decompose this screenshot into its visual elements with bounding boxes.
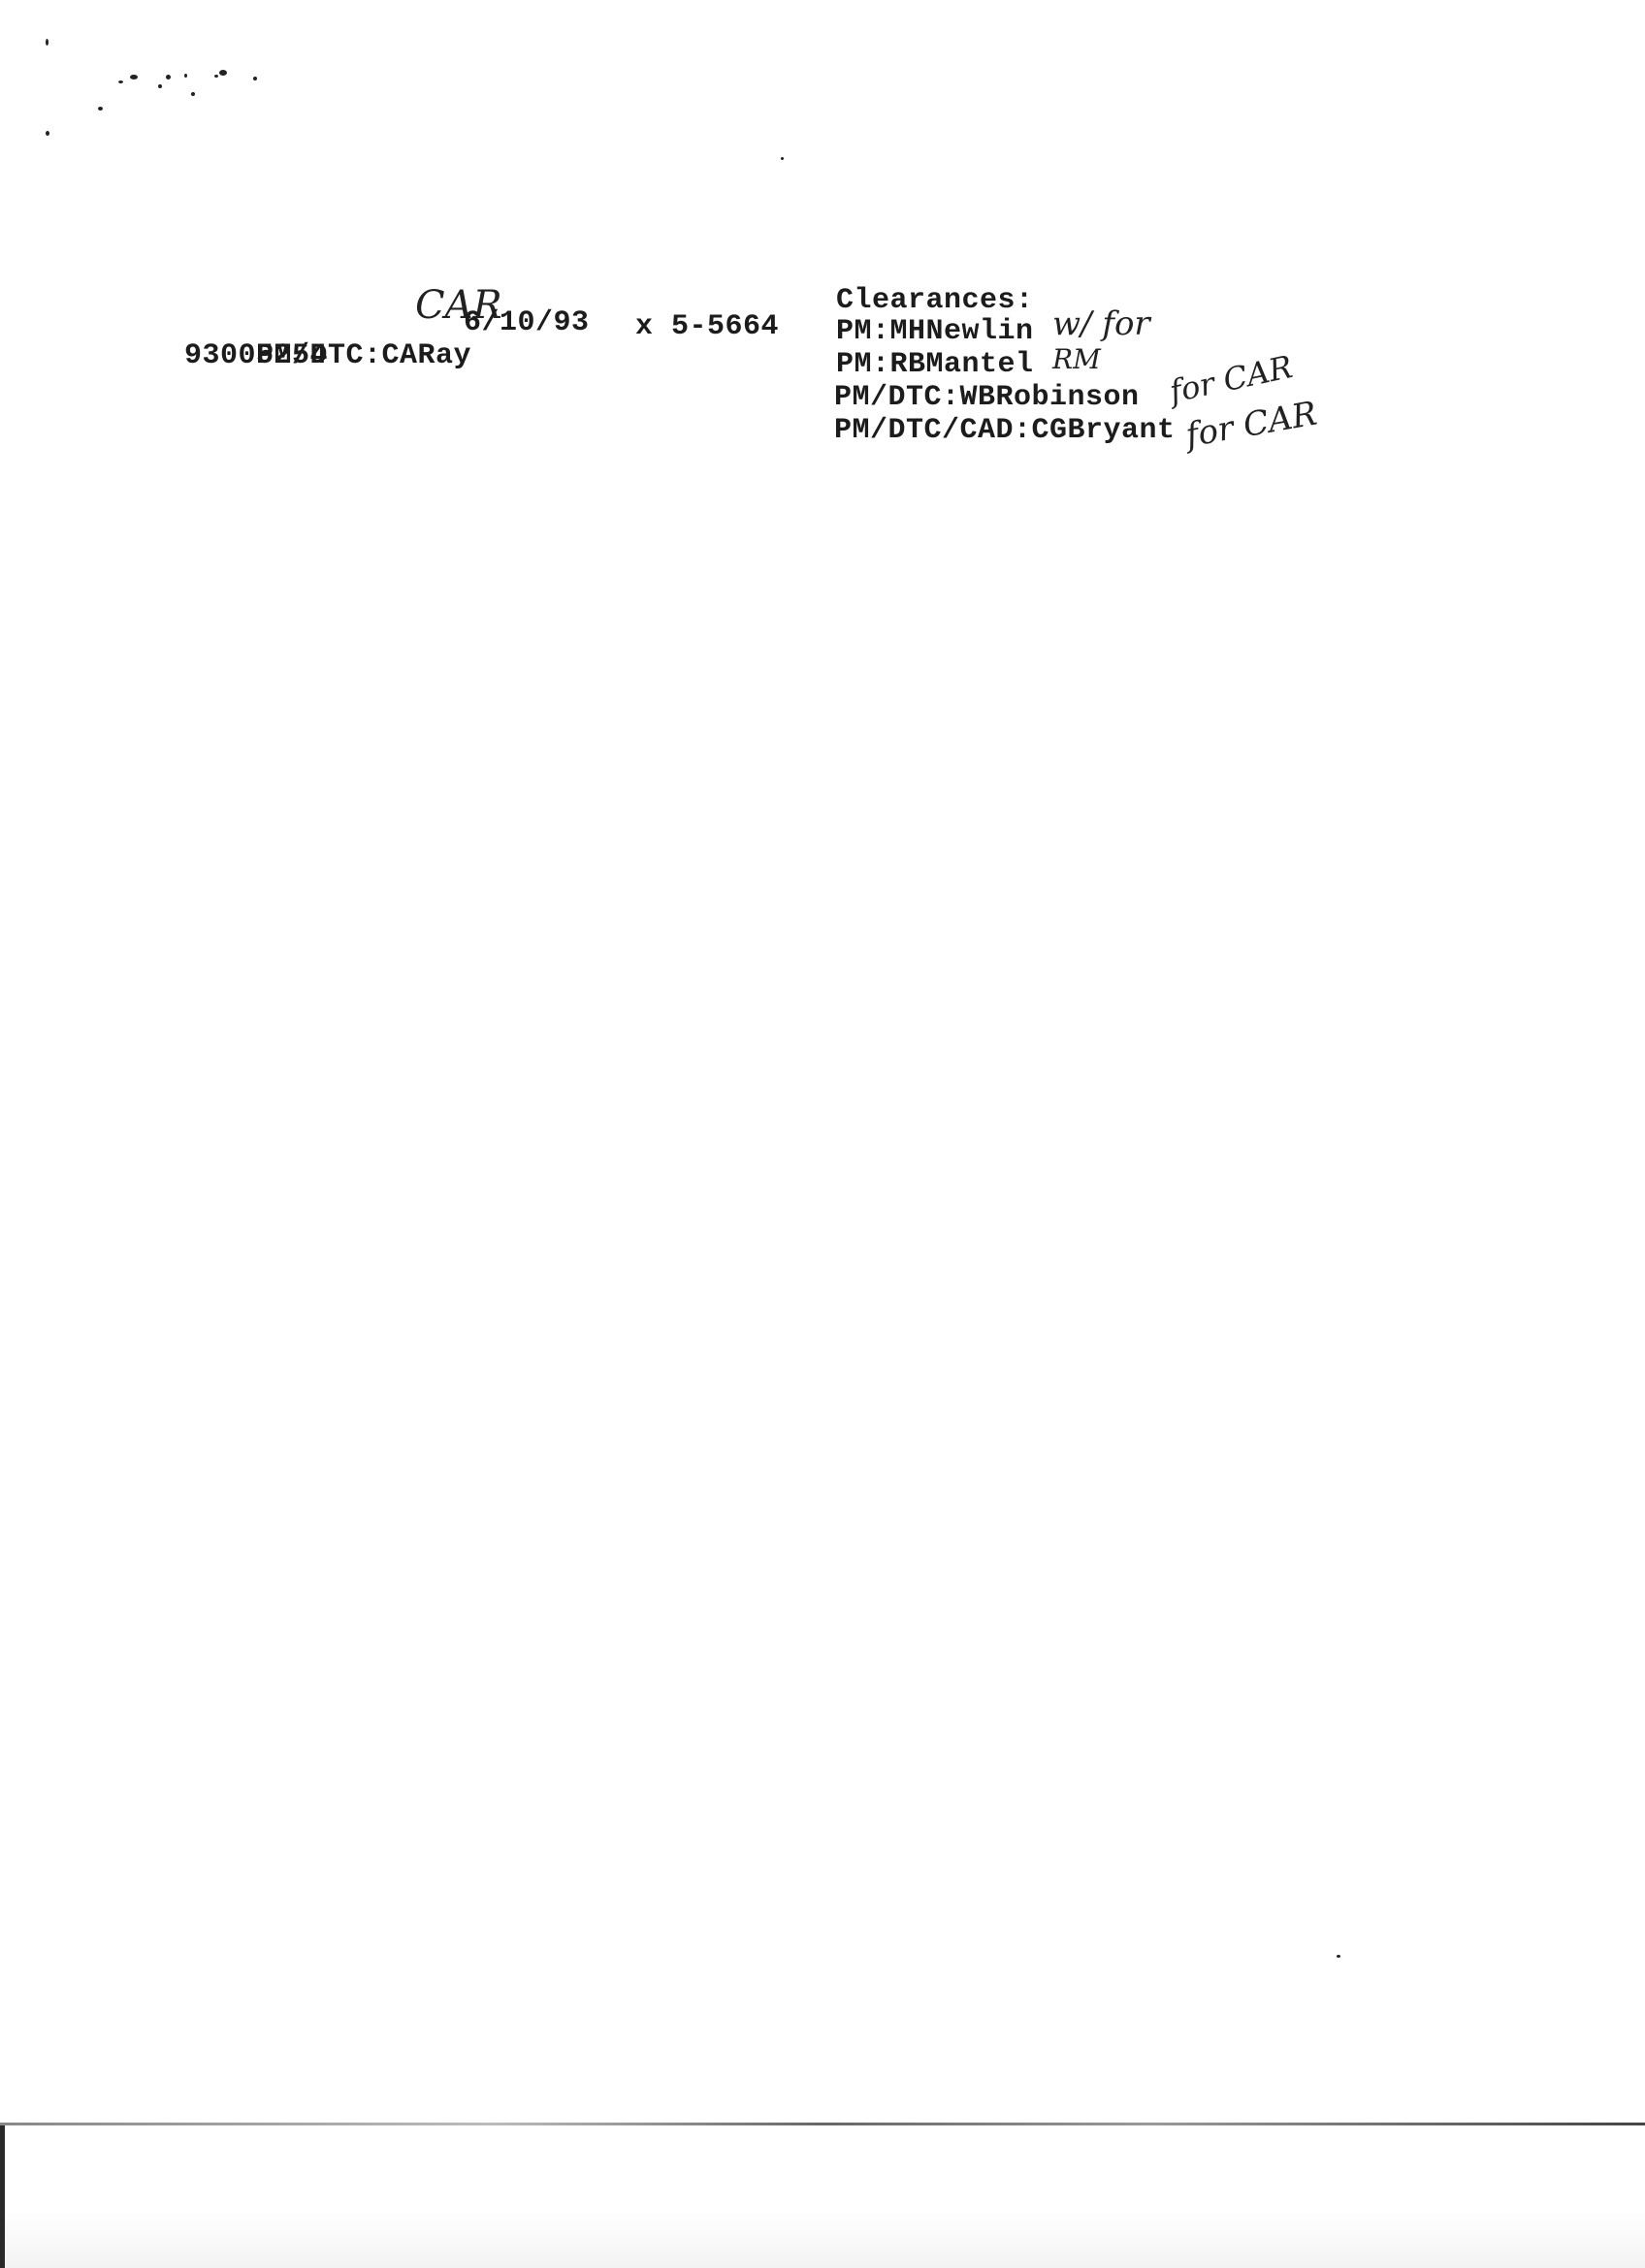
clearance-annotation: w/ for	[1052, 304, 1150, 343]
scan-speck	[130, 75, 138, 80]
scan-speck	[158, 84, 162, 88]
scan-speck	[1337, 1955, 1340, 1958]
clearance-entry: PM/DTC/CAD:CGBryant	[834, 414, 1176, 447]
scan-speck	[214, 75, 218, 78]
clearance-annotation: RM	[1052, 343, 1101, 375]
clearance-entry: PM/DTC:WBRobinson	[834, 381, 1140, 414]
scan-speck	[118, 80, 123, 83]
scan-speck	[98, 107, 103, 111]
clearance-entry: PM:RBMantel	[836, 348, 1034, 381]
scan-speck	[166, 75, 171, 80]
scan-speck	[219, 70, 227, 76]
scan-speck	[253, 77, 257, 80]
document-number: 93005254	[184, 339, 328, 372]
originator-extension: x 5-5664	[635, 310, 779, 343]
scan-speck	[46, 131, 49, 136]
clearances-heading: Clearances:	[836, 284, 1034, 317]
scanner-bed-area	[5, 2125, 1645, 2268]
scan-speck	[191, 92, 195, 96]
originator-date: 6/10/93	[464, 306, 590, 339]
clearance-entry: PM:MHNewlin	[836, 315, 1034, 348]
scanned-document-page: PM/DTC:CARay CAR 6/10/93 x 5-5664 930052…	[0, 0, 1645, 2268]
scan-speck	[184, 74, 187, 78]
scan-speck	[46, 39, 48, 46]
scan-speck	[781, 157, 784, 160]
